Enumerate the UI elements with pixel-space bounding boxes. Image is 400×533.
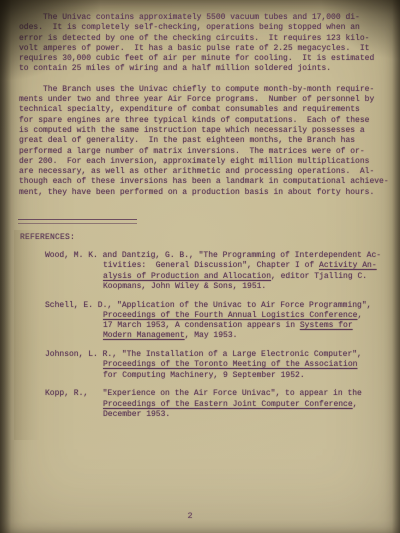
reference-line: Kopp, R., "Experience on the Air Force U… [45, 389, 390, 399]
reference-line: December 1953. [103, 410, 390, 420]
body-text: The Univac contains approximately 5500 v… [19, 13, 393, 198]
photo-edge-left [0, 0, 11, 533]
text-line: great deal of generality. In the past ei… [19, 136, 393, 146]
reference-text: , [357, 311, 362, 320]
document-photo: The Univac contains approximately 5500 v… [0, 0, 400, 533]
reference-text: , editor Tjalling C. [271, 272, 367, 281]
text-line: ment, they have been performed on a prod… [19, 188, 393, 198]
paragraph-branch-usage: The Branch uses the Univac chiefly to co… [19, 85, 393, 198]
reference-line: tivities: General Discussion", Chapter I… [103, 261, 390, 271]
text-line: is computed with the same instruction ta… [19, 126, 393, 136]
underlined-publication-title: Proceedings of the Fourth Annual Logisti… [103, 311, 357, 320]
text-line: ments under two and three year Air Force… [19, 95, 393, 105]
reference-text: , May 1953. [185, 331, 238, 340]
underlined-publication-title: Proceedings of the Eastern Joint Compute… [103, 400, 353, 409]
reference-line: Proceedings of the Fourth Annual Logisti… [103, 311, 390, 321]
reference-entry: Kopp, R., "Experience on the Air Force U… [45, 389, 390, 420]
reference-text: , [353, 400, 358, 409]
underlined-publication-title: Systems for [300, 321, 353, 330]
references-heading: REFERENCES: [20, 233, 75, 242]
text-line: for spare engines are three typical kind… [19, 116, 393, 126]
text-line: volt amperes of power. It has a basic pu… [19, 44, 393, 54]
reference-entry: Schell, E. D., "Application of the Univa… [45, 301, 390, 342]
underlined-publication-title: Proceedings of the Toronto Meeting of th… [103, 360, 357, 369]
text-line: though each of these inversions has been… [19, 177, 393, 187]
text-line: odes. It is completely self-checking, op… [19, 23, 393, 33]
underlined-publication-title: Activity An- [319, 261, 377, 270]
reference-entry: Wood, M. K. and Dantzig, G. B., "The Pro… [45, 251, 390, 292]
underlined-publication-title: Modern Management [103, 331, 185, 340]
reference-text: for Computing Machinery, 9 September 195… [103, 371, 305, 380]
text-line: to contain 25 miles of wiring and a half… [19, 64, 393, 74]
text-line: requires 30,000 cubic feet of air per mi… [19, 54, 393, 64]
underlined-publication-title: alysis of Production and Allocation [103, 272, 271, 281]
references-list: Wood, M. K. and Dantzig, G. B., "The Pro… [45, 251, 390, 429]
reference-text: 17 March 1953, A condensation appears in [103, 321, 300, 330]
reference-line: Proceedings of the Toronto Meeting of th… [103, 360, 390, 370]
paper-stain [14, 230, 40, 440]
reference-line: Schell, E. D., "Application of the Univa… [45, 301, 390, 311]
reference-entry: Johnson, L. R., "The Installation of a L… [45, 350, 390, 381]
reference-text: Wood, M. K. and Dantzig, G. B., "The Pro… [45, 251, 381, 260]
document-page: The Univac contains approximately 5500 v… [0, 0, 400, 533]
reference-text: Johnson, L. R., "The Installation of a L… [45, 350, 362, 359]
reference-text: Kopp, R., "Experience on the Air Force U… [45, 389, 362, 398]
reference-text: tivities: General Discussion", Chapter I… [103, 261, 319, 270]
reference-line: alysis of Production and Allocation, edi… [103, 272, 390, 282]
reference-text: Koopmans, John Wiley & Sons, 1951. [103, 282, 266, 291]
reference-line: Proceedings of the Eastern Joint Compute… [103, 400, 390, 410]
reference-line: Johnson, L. R., "The Installation of a L… [45, 350, 390, 360]
reference-line: Wood, M. K. and Dantzig, G. B., "The Pro… [45, 251, 390, 261]
reference-line: 17 March 1953, A condensation appears in… [103, 321, 390, 331]
text-line: technical specialty, expenditure of comb… [19, 105, 393, 115]
reference-line: Koopmans, John Wiley & Sons, 1951. [103, 282, 390, 292]
reference-line: for Computing Machinery, 9 September 195… [103, 371, 390, 381]
reference-line: Modern Management, May 1953. [103, 331, 390, 341]
paragraph-univac-specs: The Univac contains approximately 5500 v… [19, 13, 393, 75]
text-line: are necessary, as well as other arithmet… [19, 167, 393, 177]
text-line: The Univac contains approximately 5500 v… [19, 13, 393, 23]
page-number: 2 [184, 511, 196, 521]
text-line: The Branch uses the Univac chiefly to co… [19, 85, 393, 95]
text-line: der 200. For each inversion, approximate… [19, 157, 393, 167]
photo-edge-right [392, 0, 400, 533]
references-separator-line [18, 219, 137, 224]
reference-text: Schell, E. D., "Application of the Univa… [45, 301, 371, 310]
text-line: performed a large number of matrix inver… [19, 147, 393, 157]
reference-text: December 1953. [103, 410, 170, 419]
text-line: error is detected by one of the checking… [19, 34, 393, 44]
